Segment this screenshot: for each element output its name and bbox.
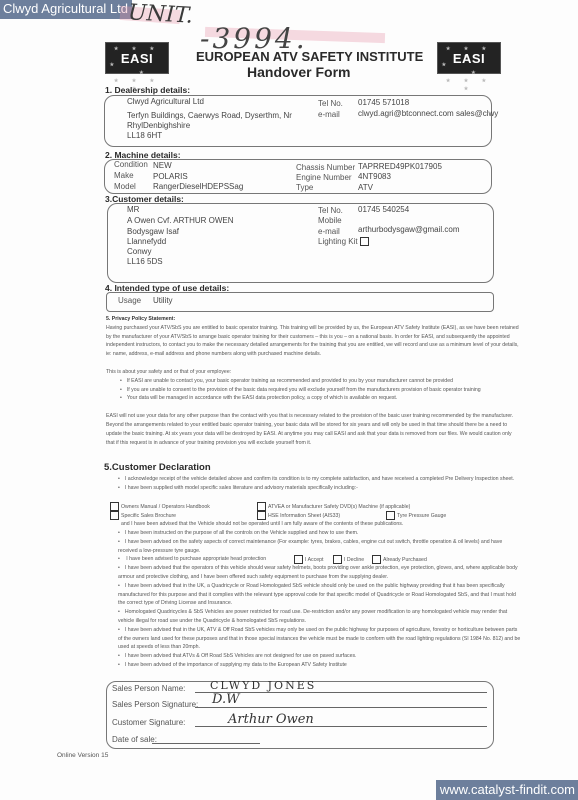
- declaration-item: I have been advised that in the UK, a Qu…: [118, 582, 523, 608]
- customer-address-line1: Bodysgaw Isaf: [127, 227, 179, 236]
- privacy-paragraph-1: Having purchased your ATV/SbS you are en…: [106, 324, 521, 359]
- section-heading-dealership: 1. Dealership details:: [105, 85, 190, 95]
- checkbox[interactable]: [110, 511, 119, 520]
- declaration-list-2: I have been instructed on the purpose of…: [118, 529, 523, 670]
- privacy-bullet: If EASI are unable to contact you, your …: [106, 377, 521, 386]
- declaration-item: I have been advised that the operators o…: [118, 564, 523, 582]
- dealer-address-line1: Terfyn Buildings, Caerwys Road, Dyserthm…: [127, 111, 292, 120]
- customer-address-line3: Conwy: [127, 247, 151, 256]
- head-option-decline[interactable]: I Decline: [333, 555, 364, 565]
- lighting-kit-option[interactable]: Lighting Kit: [318, 237, 371, 246]
- sales-name-label: Sales Person Name:: [112, 684, 185, 693]
- source-watermark: Clwyd Agricultural Ltd: [0, 0, 132, 19]
- engine-value: 4NT9083: [358, 172, 391, 181]
- sales-signature-label: Sales Person Signature:: [112, 700, 198, 709]
- privacy-bullet: Your data will be managed in accordance …: [106, 394, 521, 403]
- declaration-item-head-protection: I have been advised to purchase appropri…: [118, 555, 523, 564]
- make-value: POLARIS: [153, 172, 188, 181]
- sales-signature-value: D.W: [212, 692, 239, 707]
- chassis-label: Chassis Number: [296, 163, 355, 172]
- model-value: RangerDieselHDEPSSag: [153, 182, 243, 191]
- checkbox[interactable]: [372, 555, 381, 564]
- customer-email: arthurbodysgaw@gmail.com: [358, 225, 460, 234]
- customer-signature-label: Customer Signature:: [112, 718, 185, 727]
- easi-logo-left: ★ ★ ★ ★★ ★★ ★ ★ ★ EASI: [105, 42, 169, 74]
- model-label: Model: [114, 182, 136, 191]
- declaration-item: I have been instructed on the purpose of…: [118, 529, 523, 538]
- website-watermark[interactable]: www.catalyst-findit.com: [436, 780, 578, 800]
- declaration-list: I acknowledge receipt of the vehicle det…: [118, 475, 523, 493]
- declaration-item: I have been supplied with model specific…: [118, 484, 523, 493]
- declaration-after-materials: and I have been advised that the Vehicle…: [121, 520, 403, 529]
- privacy-policy-section: 5. Privacy Policy Statement: Having purc…: [106, 315, 521, 447]
- customer-name: A Owen Cvf. ARTHUR OWEN: [127, 216, 234, 225]
- head-protection-text: I have been advised to purchase appropri…: [126, 556, 266, 562]
- customer-address-line2: Llannefydd: [127, 237, 166, 246]
- date-of-sale-label: Date of sale:: [112, 735, 157, 744]
- sales-name-value: CLWYD JONES: [210, 679, 316, 692]
- type-label: Type: [296, 183, 313, 192]
- option-label: Already Purchased: [383, 557, 427, 563]
- declaration-item: I have been advised of the importance of…: [118, 661, 523, 670]
- condition-label: Condition: [114, 160, 148, 169]
- head-option-already-purchased[interactable]: Already Purchased: [372, 555, 427, 565]
- lighting-kit-label: Lighting Kit: [318, 237, 358, 246]
- dealer-name: Clwyd Agricultural Ltd: [127, 97, 204, 106]
- privacy-bullet: If you are unable to consent to the prov…: [106, 386, 521, 395]
- customer-tel-label: Tel No.: [318, 206, 343, 215]
- customer-email-label: e-mail: [318, 227, 340, 236]
- customer-title: MR: [127, 205, 139, 214]
- checkbox[interactable]: [110, 502, 119, 511]
- checkbox[interactable]: [333, 555, 342, 564]
- customer-tel: 01745 540254: [358, 205, 409, 214]
- chassis-value: TAPRRED49PK017905: [358, 162, 442, 171]
- type-value: ATV: [358, 183, 373, 192]
- customer-signature-value: Arthur Owen: [228, 712, 314, 727]
- declaration-item: Homologated Quadricycles & SbS Vehicles …: [118, 608, 523, 626]
- usage-value: Utility: [153, 296, 173, 305]
- declaration-item: I have been advised that in the UK, ATV …: [118, 626, 523, 652]
- option-label: I Decline: [344, 557, 364, 563]
- dealer-postcode: LL18 6HT: [127, 131, 162, 140]
- section-heading-declaration: 5.Customer Declaration: [104, 462, 211, 473]
- form-version: Online Version 15: [57, 752, 108, 759]
- date-of-sale-field[interactable]: [152, 743, 260, 744]
- option-label: I Accept: [305, 557, 323, 563]
- material-label: ATVEA or Manufacturer Safety DVD(s) Mach…: [268, 504, 410, 510]
- logo-text: EASI: [453, 51, 485, 66]
- form-institute-title: EUROPEAN ATV SAFETY INSTITUTE: [196, 49, 423, 64]
- material-label: Specific Sales Brochure: [121, 513, 176, 519]
- checkbox[interactable]: [386, 511, 395, 520]
- usage-label: Usage: [118, 296, 141, 305]
- checkbox[interactable]: [294, 555, 303, 564]
- engine-label: Engine Number: [296, 173, 352, 182]
- handwritten-unit-label: UNIT.: [127, 0, 193, 28]
- make-label: Make: [114, 171, 134, 180]
- easi-logo-right: ★ ★ ★ ★★ ★★ ★ ★ ★ EASI: [437, 42, 501, 74]
- privacy-heading: 5. Privacy Policy Statement:: [106, 315, 521, 324]
- declaration-item: I acknowledge receipt of the vehicle det…: [118, 475, 523, 484]
- lighting-kit-checkbox[interactable]: [360, 237, 369, 246]
- head-option-accept[interactable]: I Accept: [294, 555, 323, 565]
- customer-postcode: LL16 5DS: [127, 257, 163, 266]
- checkbox[interactable]: [257, 502, 266, 511]
- declaration-item: I have been advised on the safety aspect…: [118, 538, 523, 556]
- customer-mobile-label: Mobile: [318, 216, 342, 225]
- logo-text: EASI: [121, 51, 153, 66]
- sales-signature-field[interactable]: [195, 707, 487, 708]
- condition-value: NEW: [153, 161, 172, 170]
- material-label: HSE Information Sheet (AIS33): [268, 513, 340, 519]
- material-label: Owners Manual / Operators Handbook: [121, 504, 210, 510]
- declaration-item: I have been advised that ATVs & Off Road…: [118, 652, 523, 661]
- dealer-address-line2: RhylDenbighshire: [127, 121, 190, 130]
- material-label: Tyre Pressure Gauge: [397, 513, 446, 519]
- dealer-email-label: e-mail: [318, 110, 340, 119]
- privacy-intro: This is about your safety and or that of…: [106, 368, 521, 377]
- privacy-paragraph-3: EASI will not use your data for any othe…: [106, 412, 521, 447]
- dealer-tel-label: Tel No.: [318, 99, 343, 108]
- dealer-email: clwyd.agri@btconnect.com sales@clwy: [358, 109, 498, 118]
- dealer-tel: 01745 571018: [358, 98, 409, 107]
- form-title: Handover Form: [247, 64, 350, 80]
- checkbox[interactable]: [257, 511, 266, 520]
